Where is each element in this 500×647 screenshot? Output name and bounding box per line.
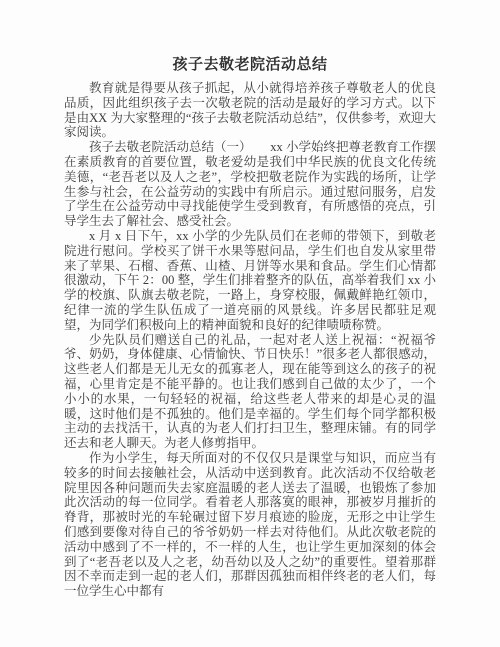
page-title: 孩子去敬老院活动总结 (0, 53, 500, 74)
document-body: 教育就是得要从孩子抓起，从小就得培养孩子尊敬老人的优良品质，因此组织孩子去一次敬… (64, 81, 436, 599)
paragraph-reflection: 作为小学生，每天所面对的不仅仅只是课堂与知识，而应当有较多的时间去接触社会，从活… (64, 451, 436, 599)
paragraph-section-one: 孩子去敬老院活动总结（一） xx 小学始终把尊老教育工作摆在素质教育的首要位置，… (64, 140, 436, 229)
paragraph-intro: 教育就是得要从孩子抓起，从小就得培养孩子尊敬老人的优良品质，因此组织孩子去一次敬… (64, 81, 436, 140)
document-page: 孩子去敬老院活动总结 教育就是得要从孩子抓起，从小就得培养孩子尊敬老人的优良品质… (0, 0, 500, 647)
paragraph-visit-description: x 月 x 日下午，xx 小学的少先队员们在老师的带领下，到敬老院进行慰问。学校… (64, 229, 436, 333)
paragraph-gifts-and-blessings: 少先队员们赠送自己的礼品，一起对老人送上祝福：“祝福爷爷、奶奶，身体健康、心情愉… (64, 333, 436, 451)
